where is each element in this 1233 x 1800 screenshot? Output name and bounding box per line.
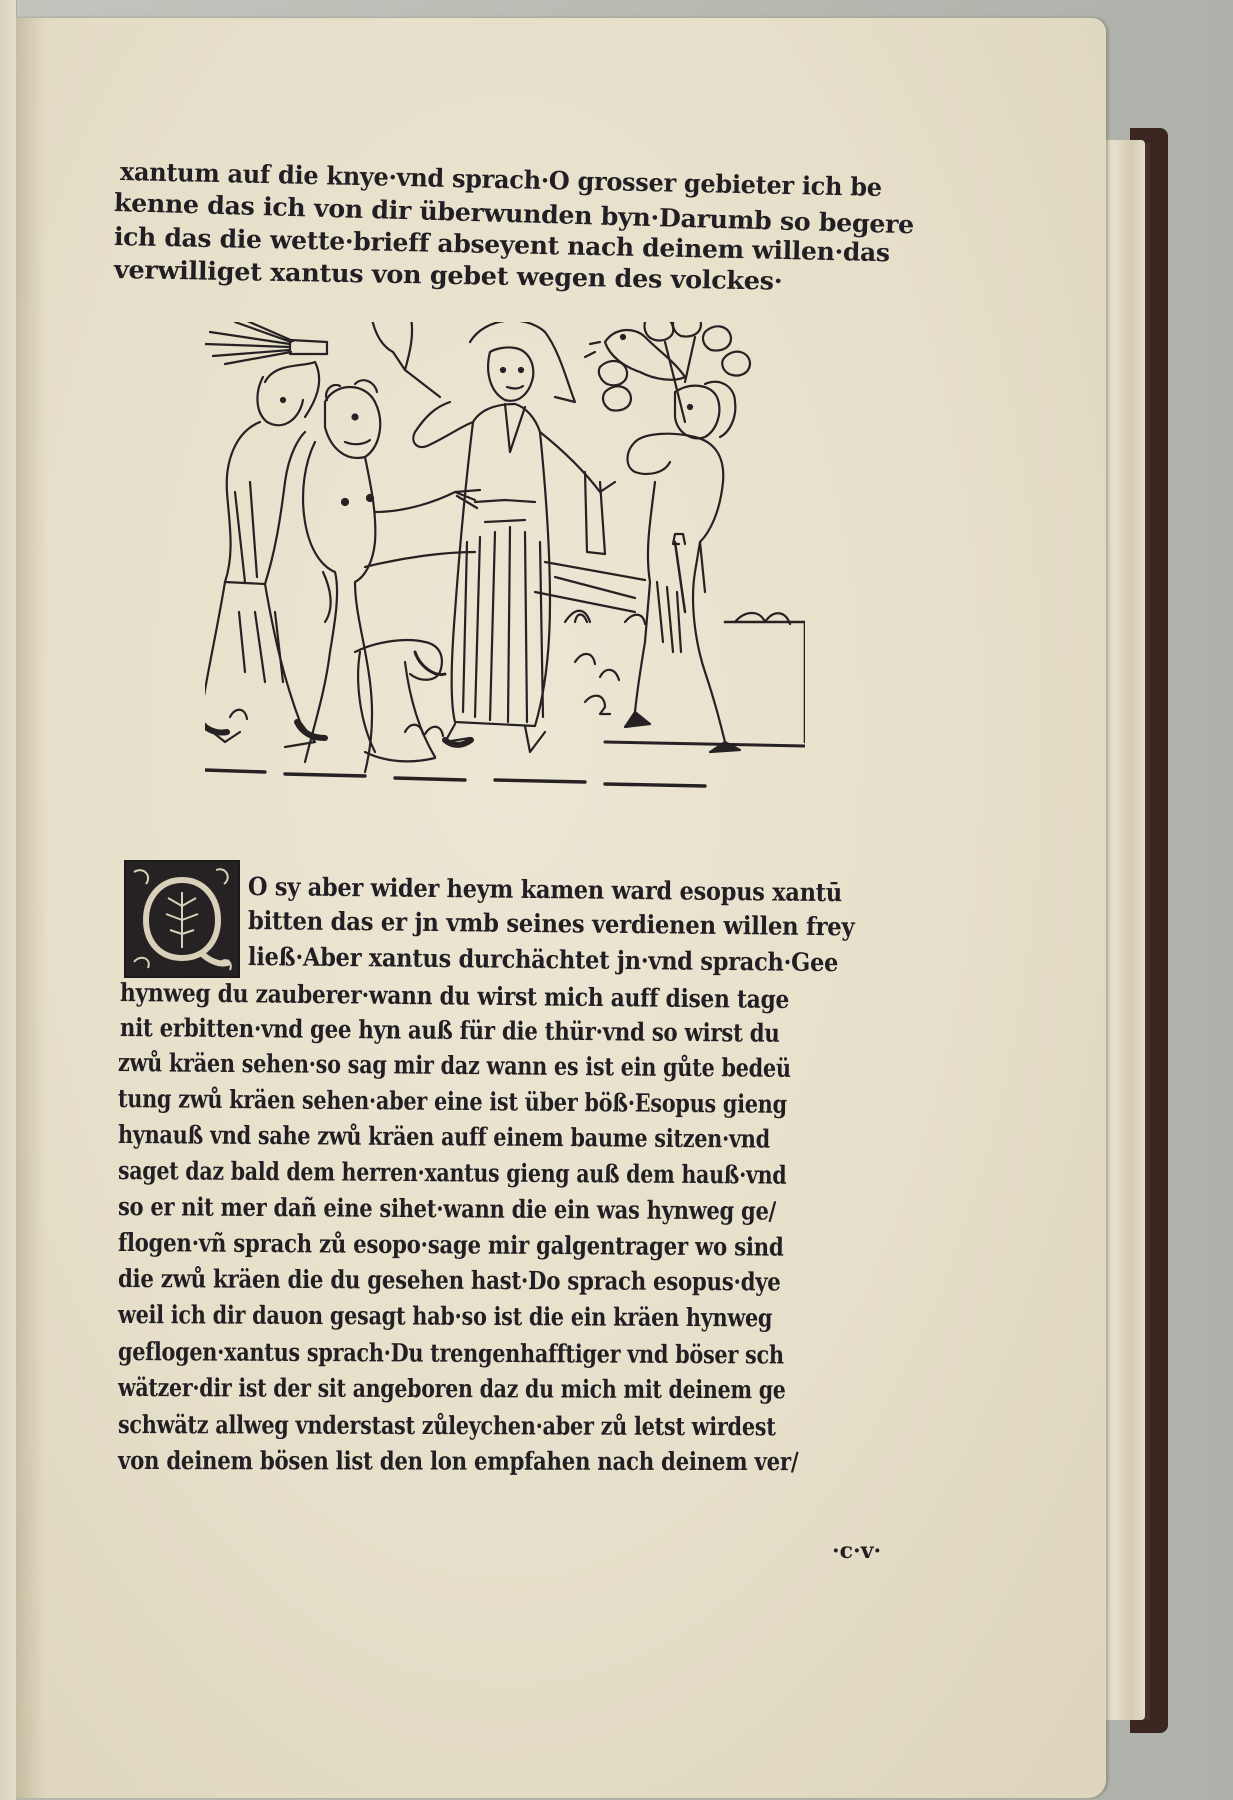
body-text-line: geflogen·xantus sprach·Du trengenhafftig…	[118, 1337, 784, 1369]
body-text-line: so er nit mer dañ eine sihet·wann die ei…	[118, 1192, 776, 1226]
body-text-line: die zwů kräen die du gesehen hast·Do spr…	[118, 1264, 781, 1296]
previous-page-edge	[0, 0, 17, 1800]
figure-dog	[355, 640, 445, 761]
body-text-line: O sy aber wider heym kamen ward esopus x…	[248, 872, 842, 907]
body-text-line: weil ich dir dauon gesagt hab·so ist die…	[118, 1300, 772, 1332]
body-text-line: wätzer·dir ist der sit angeboren daz du …	[118, 1373, 786, 1404]
woodcut-illustration	[205, 322, 805, 860]
figure-man-with-rod	[205, 362, 325, 747]
body-text-line: nit erbitten·vnd gee hyn auß für die thü…	[120, 1013, 780, 1048]
folio-number: ·c·v·	[832, 1538, 881, 1564]
body-text-line: hynauß vnd sahe zwů kräen auff einem bau…	[118, 1120, 770, 1154]
ground-vegetation	[230, 552, 805, 742]
figure-hooded-woman	[413, 322, 615, 752]
body-text-line: ließ·Aber xantus durchächtet jn·vnd spra…	[248, 942, 838, 977]
body-text-line: schwätz allweg vnderstast zůleychen·aber…	[118, 1410, 776, 1441]
body-text-line: zwů kräen sehen·so sag mir daz wann es i…	[118, 1048, 791, 1083]
body-text-line: tung zwů kräen sehen·aber eine ist über …	[118, 1084, 787, 1119]
body-text-line: flogen·vñ sprach zů esopo·sage mir galge…	[118, 1228, 784, 1262]
body-text-line: von deinem bösen list den lon empfahen n…	[118, 1446, 798, 1476]
decorated-initial: Q	[124, 860, 240, 978]
birch-rod-icon	[205, 322, 327, 364]
body-text-line: saget daz bald dem herren·xantus gieng a…	[118, 1156, 787, 1190]
figure-youth	[625, 382, 740, 752]
